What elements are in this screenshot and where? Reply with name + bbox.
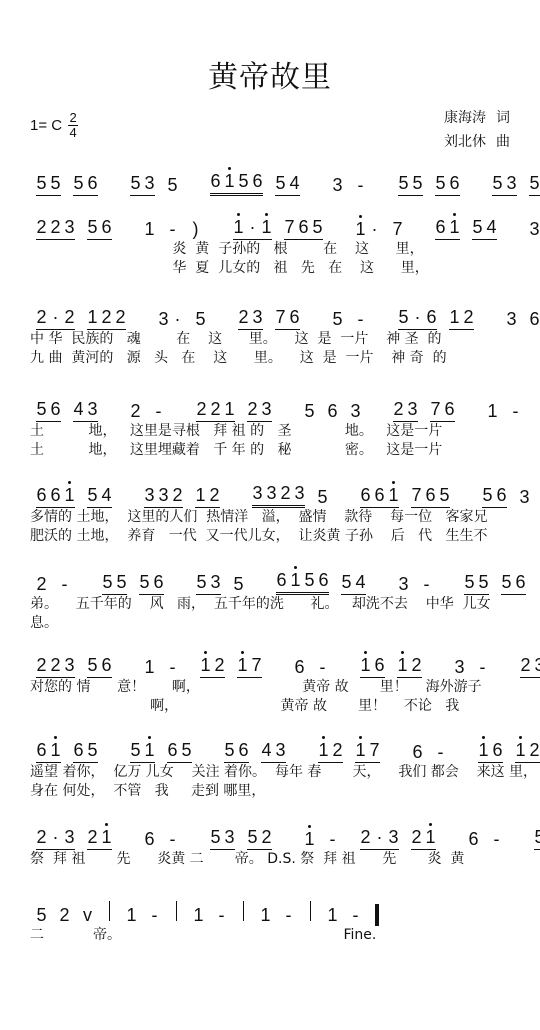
- key-signature: 1= C 2 4: [30, 112, 78, 139]
- note-group: v: [82, 905, 93, 926]
- note-group: 122: [87, 307, 126, 330]
- barline: [176, 901, 177, 921]
- composer-credit: 刘北休曲: [444, 130, 510, 154]
- note-group: 5·6: [398, 307, 437, 330]
- note-group: 3: [519, 487, 530, 508]
- lyric-row: 土 地， 这里是寻根 拜 祖 的 圣 地。 这是一片: [30, 422, 516, 441]
- note-group: 54: [472, 217, 497, 240]
- lyric-row: 中 华 民族的 魂 在 这 里。 这 是 一片 神 圣 的: [30, 330, 516, 349]
- note-group: 53: [492, 173, 517, 196]
- lyric-row: 九 曲 黄河的 源 头 在 这 里。 这 是 一片 神 奇 的: [30, 349, 516, 368]
- note-group: 55: [529, 173, 540, 196]
- note-group: 76: [275, 307, 300, 330]
- note-group: 1·: [355, 219, 380, 240]
- note-group: 2·3: [36, 827, 75, 850]
- dash: -: [167, 657, 178, 678]
- note-group: 76: [430, 399, 455, 422]
- note-group: 3: [454, 657, 465, 678]
- lyric-row: 肥沃的 土地， 养育 一代 又一代儿女， 让炎黄 子孙 后 代 生生不: [30, 527, 516, 546]
- note-group: 2·3: [360, 827, 399, 850]
- note-group: 1: [260, 905, 271, 926]
- dash: -: [283, 905, 294, 926]
- dash: -: [153, 401, 164, 422]
- note-group: 56: [501, 572, 526, 595]
- lyric-row: 华 夏 儿女的 祖 先 在 这 里，: [30, 259, 516, 278]
- lyricist-role: 词: [496, 110, 510, 126]
- note-group: 53: [130, 173, 155, 196]
- note-group: 12: [195, 485, 220, 508]
- note-group: 332: [144, 485, 183, 508]
- note-group: 54: [87, 485, 112, 508]
- lyric-row: 弟。 五千年的 风 雨， 五千年的洗 礼。 却洗不去 中华 儿女: [30, 595, 516, 614]
- note-group: 1: [304, 829, 315, 850]
- note-group: 3323: [252, 483, 305, 508]
- note-group: 55: [464, 572, 489, 595]
- note-group: 2: [36, 574, 47, 595]
- note-group: 765: [411, 485, 450, 508]
- note-group: 661: [360, 485, 399, 508]
- score-line: 55565356156543-55565355: [30, 166, 516, 196]
- dash: -: [491, 829, 502, 850]
- note-group: 5: [332, 309, 343, 330]
- note-group: 5: [233, 574, 244, 595]
- note-group: 6156: [276, 570, 329, 595]
- note-group: ): [190, 219, 201, 240]
- note-group: 1: [193, 905, 204, 926]
- dash: -: [149, 905, 160, 926]
- note-group: 3: [529, 219, 540, 240]
- note-group: 21: [87, 827, 112, 850]
- note-group: 12: [397, 655, 422, 678]
- dash: -: [510, 401, 521, 422]
- note-group: 53: [196, 572, 221, 595]
- time-bottom: 4: [69, 127, 76, 139]
- note-group: 1: [126, 905, 137, 926]
- note-group: 5: [317, 487, 328, 508]
- note-group: 3: [398, 574, 409, 595]
- lyric-row: 对您的 情 意！ 啊， 黄帝 故 里！ 海外游子: [30, 678, 516, 697]
- note-group: 56: [73, 173, 98, 196]
- final-barline: [375, 904, 379, 926]
- lyric-row: 啊， 黄帝 故 里！ 不论 我: [30, 697, 516, 716]
- note-group: 1: [487, 401, 498, 422]
- notation-row: 223561-12176-16123-2321: [30, 648, 516, 678]
- notation-row: 61655165564312176-1612323: [30, 733, 516, 763]
- note-group: 56: [87, 217, 112, 240]
- barline: [109, 901, 110, 921]
- note-group: 56: [139, 572, 164, 595]
- time-top: 2: [69, 112, 76, 124]
- note-group: 765: [284, 217, 323, 240]
- note-group: 17: [237, 655, 262, 678]
- barline: [310, 901, 311, 921]
- note-group: 3: [506, 309, 517, 330]
- dash: -: [477, 657, 488, 678]
- note-group: 12: [318, 740, 343, 763]
- credits: 康海涛词 刘北休曲: [444, 106, 510, 154]
- barline: [243, 901, 244, 921]
- dash: -: [350, 905, 361, 926]
- note-group: 56: [435, 173, 460, 196]
- note-group: 2: [130, 401, 141, 422]
- note-group: 3: [332, 175, 343, 196]
- note-group: 1: [144, 219, 155, 240]
- note-group: 6: [327, 401, 338, 422]
- note-group: 23: [238, 307, 263, 330]
- lyricist-name: 康海涛: [444, 110, 486, 126]
- dash: -: [59, 574, 70, 595]
- dash: -: [327, 829, 338, 850]
- note-group: 3: [350, 401, 361, 422]
- note-group: 16: [478, 740, 503, 763]
- score-line: 2-55565356156543-55565355弟。 五千年的 风 雨， 五千…: [30, 565, 516, 633]
- note-group: 56: [36, 399, 61, 422]
- lyric-row: 遥望 着你， 亿万 儿女 关注 着你。 每年 春 天， 我们 都会 来这 里，: [30, 763, 516, 782]
- notation-row: 55565356156543-55565355: [30, 166, 516, 196]
- lyricist-credit: 康海涛词: [444, 106, 510, 130]
- note-group: 221: [196, 399, 235, 422]
- notation-row: 6615433212332356617655632161: [30, 478, 516, 508]
- score-line: 2·3216-53521-2·3216-5·3祭 拜 祖 先 炎黄 二 帝。 D…: [30, 820, 516, 869]
- note-group: 54: [341, 572, 366, 595]
- note-group: 53: [210, 827, 235, 850]
- dash: -: [167, 829, 178, 850]
- note-group: 23: [520, 655, 540, 678]
- dash: -: [167, 219, 178, 240]
- dash: -: [216, 905, 227, 926]
- note-group: 65: [167, 740, 192, 763]
- note-group: 5: [195, 309, 206, 330]
- score-line: 2·21223·523765-5·612366中 华 民族的 魂 在 这 里。 …: [30, 300, 516, 368]
- lyric-row: 二 帝。 Fine.: [30, 926, 516, 945]
- dash: -: [421, 574, 432, 595]
- note-group: 55: [398, 173, 423, 196]
- note-group: 3·: [158, 309, 183, 330]
- score-line: 61655165564312176-1612323遥望 着你， 亿万 儿女 关注…: [30, 733, 516, 801]
- notation-row: 2-55565356156543-55565355: [30, 565, 516, 595]
- lyric-row: 土 地， 这里埋藏着 千 年 的 秘 密。 这是一片: [30, 441, 516, 460]
- note-group: 1: [144, 657, 155, 678]
- lyric-row: 息。: [30, 614, 516, 633]
- song-title: 黄帝故里: [0, 52, 540, 96]
- note-group: 23: [247, 399, 272, 422]
- lyric-row: 身在 何处， 不管 我 走到 哪里，: [30, 782, 516, 801]
- note-group: 55: [36, 173, 61, 196]
- note-group: 61: [435, 217, 460, 240]
- note-group: 5: [167, 175, 178, 196]
- lyric-row: 祭 拜 祖 先 炎黄 二 帝。 D.S. 祭 拜 祖 先 炎 黄: [30, 850, 516, 869]
- note-group: 65: [73, 740, 98, 763]
- note-group: 6: [294, 657, 305, 678]
- note-group: 2·2: [36, 307, 75, 330]
- note-group: 56: [87, 655, 112, 678]
- composer-name: 刘北休: [444, 134, 486, 150]
- note-group: 1: [327, 905, 338, 926]
- note-group: 52: [247, 827, 272, 850]
- note-group: 223: [36, 655, 75, 678]
- note-group: 12: [449, 307, 474, 330]
- note-group: 5: [304, 401, 315, 422]
- note-group: 6: [468, 829, 479, 850]
- score-line: 223561-12176-16123-2321对您的 情 意！ 啊， 黄帝 故 …: [30, 648, 516, 716]
- dash: -: [435, 742, 446, 763]
- note-group: 55: [102, 572, 127, 595]
- note-group: 21: [411, 827, 436, 850]
- notation-row: 52v1-1-1-1-: [30, 896, 516, 926]
- note-group: 6156: [210, 171, 263, 196]
- note-group: 1·1: [233, 217, 272, 240]
- score-line: 52v1-1-1-1-二 帝。 Fine.: [30, 896, 516, 945]
- dash: -: [355, 175, 366, 196]
- notation-row: 2·3216-53521-2·3216-5·3: [30, 820, 516, 850]
- notation-row: 2·21223·523765-5·612366: [30, 300, 516, 330]
- note-group: 43: [261, 740, 286, 763]
- composer-role: 曲: [496, 134, 510, 150]
- note-group: 5·3: [534, 827, 540, 850]
- note-group: 43: [73, 399, 98, 422]
- note-group: 61: [36, 740, 61, 763]
- notation-row: 56432-2212356323761-1175: [30, 392, 516, 422]
- note-group: 2: [59, 905, 70, 926]
- lyric-row: 炎 黄 子孙的 根 在 这 里，: [30, 240, 516, 259]
- note-group: 17: [355, 740, 380, 763]
- note-group: 12: [515, 740, 540, 763]
- score-line: 6615433212332356617655632161多情的 土地， 这里的人…: [30, 478, 516, 546]
- key-label: 1= C: [30, 117, 62, 134]
- note-group: 6: [144, 829, 155, 850]
- note-group: 6: [412, 742, 423, 763]
- note-group: 56: [224, 740, 249, 763]
- notation-row: 223561-)1·17651·761543-: [30, 210, 516, 240]
- lyric-row: 多情的 土地， 这里的人们 热情洋 溢， 盛情 款待 每一位 客家兄: [30, 508, 516, 527]
- dash: -: [317, 657, 328, 678]
- note-group: 7: [392, 219, 403, 240]
- time-signature: 2 4: [68, 112, 78, 139]
- note-group: 23: [393, 399, 418, 422]
- dash: -: [355, 309, 366, 330]
- score-line: 223561-)1·17651·761543- 炎 黄 子孙的 根 在 这 里，…: [30, 210, 516, 278]
- note-group: 54: [275, 173, 300, 196]
- note-group: 6: [529, 309, 540, 330]
- note-group: 56: [482, 485, 507, 508]
- note-group: 12: [200, 655, 225, 678]
- note-group: 223: [36, 217, 75, 240]
- note-group: 661: [36, 485, 75, 508]
- note-group: 16: [360, 655, 385, 678]
- note-group: 51: [130, 740, 155, 763]
- score-line: 56432-2212356323761-1175土 地， 这里是寻根 拜 祖 的…: [30, 392, 516, 460]
- note-group: 5: [36, 905, 47, 926]
